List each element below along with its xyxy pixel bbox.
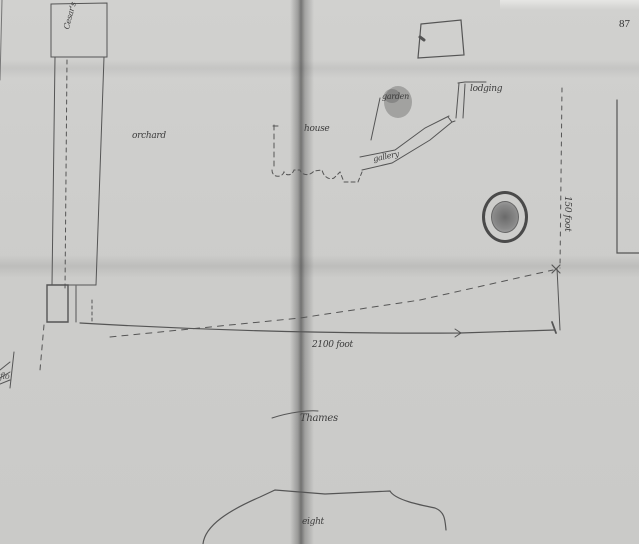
label-left-margin: flo xyxy=(0,372,9,381)
label-orchard: orchard xyxy=(132,131,166,141)
stamp-emblem-icon xyxy=(491,201,519,233)
label-island: eight xyxy=(302,517,324,527)
tower-outline xyxy=(51,3,107,57)
label-house: house xyxy=(304,124,329,134)
label-distance-horizontal: 2100 foot xyxy=(312,340,353,350)
map-drawing xyxy=(0,0,639,544)
label-distance-vertical: 150 foot xyxy=(562,196,572,231)
archive-stamp xyxy=(482,191,528,243)
label-river: Thames xyxy=(300,413,338,424)
map-sheet: 87 Cesar's Tower orchard garden lodging … xyxy=(0,0,639,544)
label-garden: garden xyxy=(382,92,409,101)
label-lodging: lodging xyxy=(470,84,502,94)
page-number: 87 xyxy=(619,18,630,30)
